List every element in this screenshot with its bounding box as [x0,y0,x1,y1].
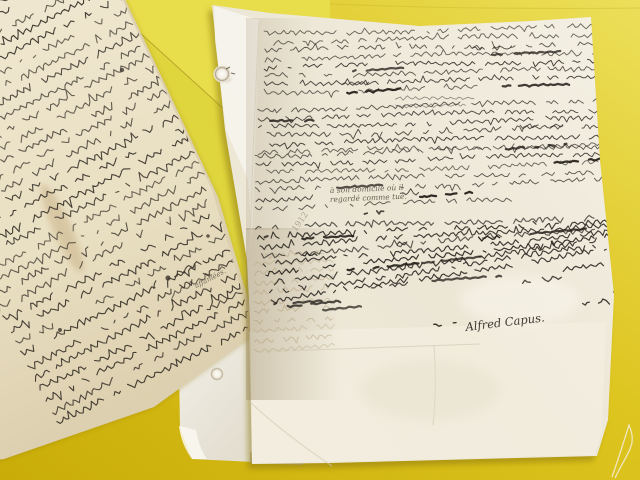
photo-scene: affamées. à son domicile où il regardé c… [0,0,640,480]
paper-mottling [360,360,500,420]
seal-dimple-bottom [210,367,224,381]
right-manuscript-page: à son domicile où il regardé comme tué. … [208,5,631,469]
manuscript-photo: affamées. à son domicile où il regardé c… [0,0,640,480]
